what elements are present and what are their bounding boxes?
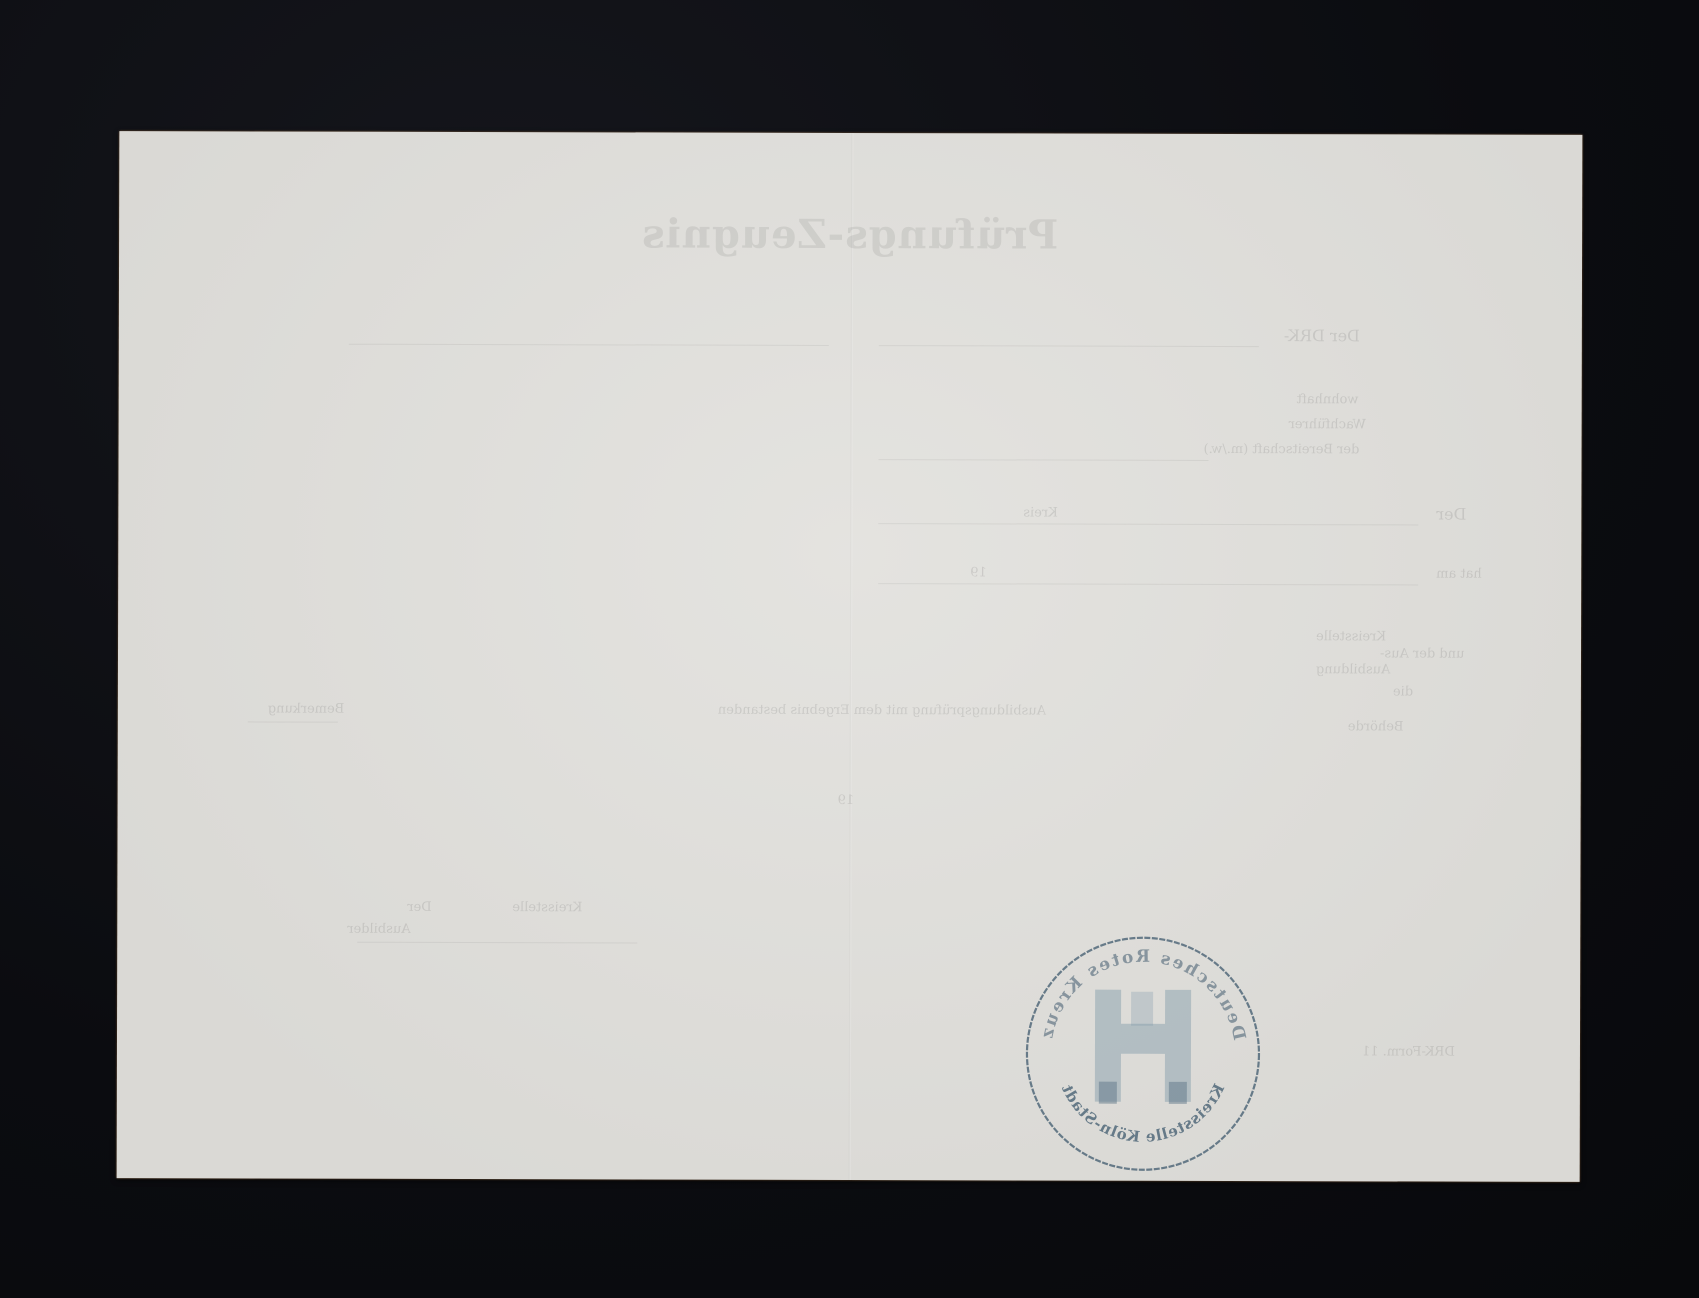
drk-stamp: Deutsches Rotes Kreuz Kreisstelle Köln-S…	[1021, 931, 1266, 1176]
bleed-line: Kreis	[1023, 505, 1057, 520]
stamp-bottom-text: Kreisstelle Köln-Stadt	[1057, 1080, 1228, 1146]
stamp-graphic: Deutsches Rotes Kreuz Kreisstelle Köln-S…	[1021, 931, 1266, 1176]
bleed-line: Ausbildung	[1316, 662, 1391, 677]
bleed-line: Kreisstelle	[512, 900, 582, 915]
form-rule	[879, 459, 1209, 461]
form-rule	[349, 344, 829, 346]
bleed-line: und der Aus-	[1380, 646, 1464, 661]
form-rule	[357, 942, 637, 944]
form-rule	[248, 721, 338, 722]
bleed-line: Wachführer	[1289, 417, 1366, 432]
center-fold	[849, 133, 854, 1180]
bleed-line: Behörde	[1348, 719, 1404, 734]
bleed-line: Ausbildungsprüfung mit dem Ergebnis best…	[718, 703, 1046, 719]
form-number: DRK-Form. 11	[1362, 1044, 1455, 1059]
svg-text:Kreisstelle Köln-Stadt: Kreisstelle Köln-Stadt	[1057, 1080, 1228, 1146]
bleed-title: Prüfungs-Zeugnis	[641, 210, 1058, 258]
certificate-paper: Prüfungs-Zeugnis Der DRK- wohnhaft Wachf…	[117, 131, 1583, 1182]
form-rule	[878, 523, 1418, 525]
form-rule	[878, 583, 1418, 585]
bleed-line: Der	[407, 900, 431, 915]
bleed-line: wohnhaft	[1297, 392, 1359, 407]
bleed-line: Der DRK-	[1284, 326, 1360, 345]
bleed-line: Ausbilder	[347, 922, 410, 937]
form-rule	[879, 345, 1259, 347]
bleed-line: Bemerkung	[268, 701, 344, 716]
bleed-line: 19	[970, 565, 987, 580]
bleed-line: der Bereitschaft (m./w.)	[1204, 442, 1360, 457]
bleed-line: hat am	[1436, 567, 1482, 582]
bleed-line: Kreisstelle	[1316, 629, 1386, 644]
eagle-cross-emblem	[1095, 990, 1191, 1104]
bleed-line: 19	[838, 793, 855, 808]
bleed-line: die	[1393, 684, 1413, 699]
bleed-line: Der	[1436, 505, 1466, 524]
